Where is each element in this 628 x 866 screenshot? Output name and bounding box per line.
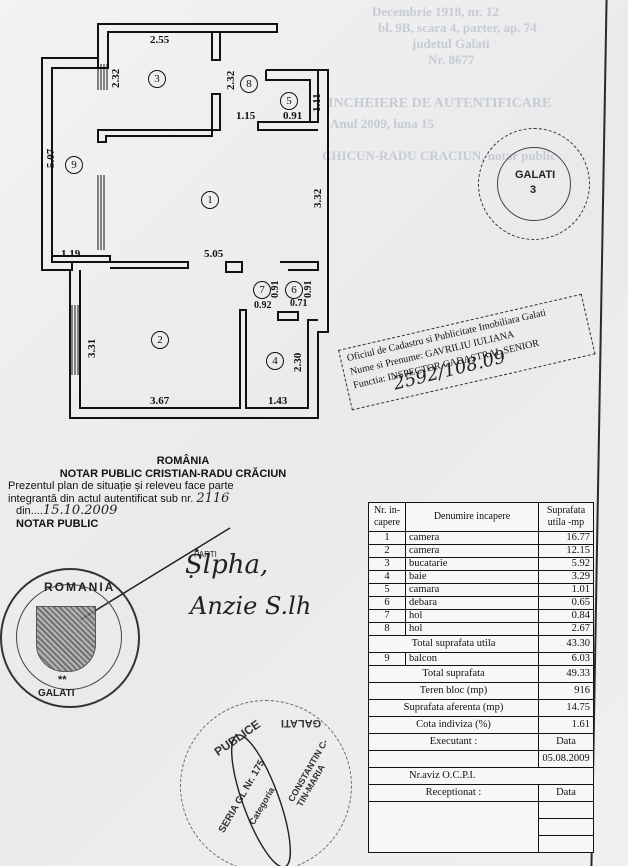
dimension-label: 3.31 [86,339,98,358]
table-row: 3bucatarie5.92 [369,558,594,571]
dimension-label: 1.43 [268,395,287,407]
aviz-row: Nr.aviz O.C.P.I. [369,768,594,785]
balcon-row: 9balcon6.03 [369,653,594,666]
room-marker-9: 9 [65,156,83,174]
cota-row: Cota indiviza (%)1.61 [369,717,594,734]
aferenta-row: Suprafata aferenta (mp)14.75 [369,700,594,717]
document-page: Decembrie 1918, nr. 12 bl. 9B, scara 4, … [0,0,628,866]
table-row: 6debara0.65 [369,597,594,610]
dimension-label: 0.92 [254,300,272,311]
executant-row: Executant :Data [369,734,594,751]
dimension-label: 2.32 [110,69,122,88]
dimension-label: 3.32 [312,189,324,208]
header-area: Suprafata utila -mp [539,503,594,532]
teren-row: Teren bloc (mp)916 [369,683,594,700]
header-nr: Nr. in-capere [369,503,406,532]
notary-block: ROMÂNIA NOTAR PUBLIC CRISTIAN-RADU CRĂCI… [8,455,338,530]
room-marker-4: 4 [266,352,284,370]
cadastre-stamp: GALATI 3 [478,128,590,240]
dimension-label: 5.07 [45,149,57,168]
room-marker-1: 1 [201,191,219,209]
dimension-label: 1.19 [61,248,80,260]
dimension-label: 0.91 [303,281,314,299]
dimension-label: 0.91 [283,110,302,122]
dimension-label: 5.05 [204,248,223,260]
room-marker-2: 2 [151,331,169,349]
table-row: 7hol0.84 [369,610,594,623]
executant-date-row: 05.08.2009 [369,751,594,768]
dimension-label: 0.91 [270,281,281,299]
table-row: 1camera16.77 [369,532,594,545]
dimension-label: 1.15 [236,110,255,122]
receptionat-row: Receptionat :Data [369,785,594,802]
table-header-row: Nr. in-capere Denumire incapere Suprafat… [369,503,594,532]
dimension-label: 2.55 [150,34,169,46]
table-row: 8hol2.67 [369,623,594,636]
table-row: 2camera12.15 [369,545,594,558]
room-marker-8: 8 [240,75,258,93]
total-utila-row: Total suprafata utila43.30 [369,636,594,653]
room-marker-5: 5 [280,92,298,110]
authorization-stamp: PUBLICE GALATI CONSTANTIN C-TIN-MARIA SE… [180,700,352,866]
header-name: Denumire incapere [406,503,539,532]
dimension-label: 2.30 [292,353,304,372]
dimension-label: 3.67 [150,395,169,407]
total-row: Total suprafata49.33 [369,666,594,683]
table-row: 4baie3.29 [369,571,594,584]
room-marker-7: 7 [253,281,271,299]
table-row: 5camara1.01 [369,584,594,597]
dimension-label: 2.32 [225,71,237,90]
receptionat-blank-row [369,802,594,819]
dimension-label: 0.71 [290,298,308,309]
room-marker-6: 6 [285,281,303,299]
notary-stamp: ROMANIA ** GALATI [0,568,140,708]
area-table: Nr. in-capere Denumire incapere Suprafat… [368,502,594,853]
room-marker-3: 3 [148,70,166,88]
dimension-label: 1.11 [311,93,323,112]
